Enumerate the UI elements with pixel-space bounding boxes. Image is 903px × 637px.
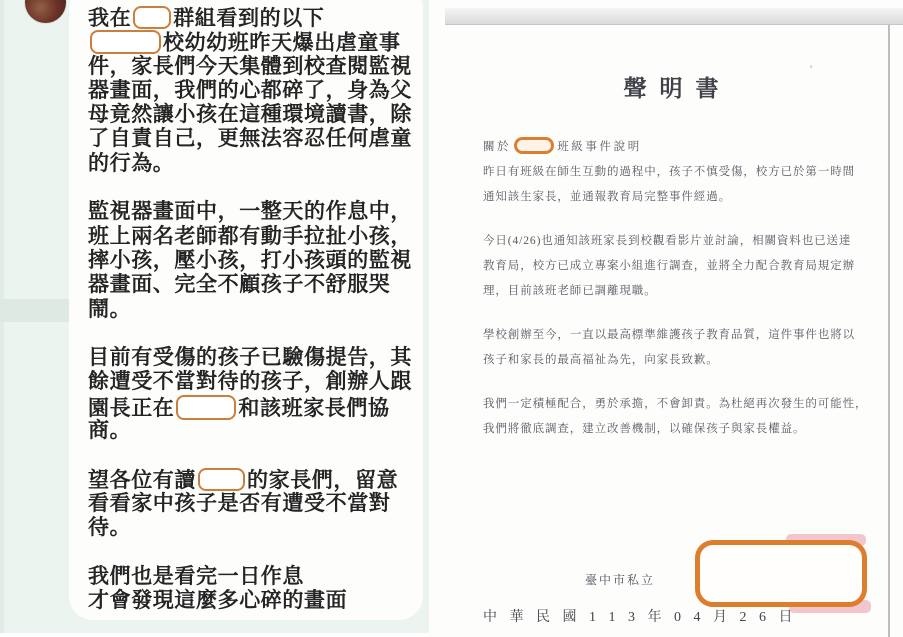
text-segment: 我們一定積極配合，勇於承擔，不會卸責。為杜絕再次發生的可能性， — [483, 398, 867, 410]
text-segment: 看看家中孩子是否有遭受不當對 — [88, 492, 390, 515]
text-segment: 群組看到的以下 — [173, 7, 324, 30]
text-segment: 監視器畫面中，一整天的作息中， — [88, 200, 412, 223]
document-date: 中 華 民 國 1 1 3 年 0 4 月 2 6 日 — [483, 606, 797, 626]
text-segment: 目前有受傷的孩子已驗傷提告，其 — [88, 346, 412, 369]
redaction-box — [133, 6, 171, 29]
text-line: 我在群組看到的以下 — [88, 6, 420, 30]
text-segment: 摔小孩，壓小孩，打小孩頭的監視 — [88, 249, 412, 272]
text-segment: 班級事件說明 — [557, 141, 642, 153]
text-line: 關於班級事件說明 — [483, 135, 883, 160]
text-segment: 才會發現這麼多心碎的畫面 — [88, 589, 347, 612]
text-line: 器畫面，我們的心都碎了，身為父 — [88, 79, 420, 103]
page-right-border — [888, 25, 890, 637]
text-line: 孩子和家長的最高福祉為先，向家長致歉。 — [483, 348, 883, 373]
text-line: 教育局，校方已成立專案小組進行調查，並將全力配合教育局規定辦 — [483, 254, 883, 279]
text-line: 我們也是看完一日作息 — [88, 565, 420, 589]
text-segment: 的家長們，留意 — [247, 469, 398, 492]
document-body: 關於班級事件說明昨日有班級在師生互動的過程中，孩子不慎受傷，校方已於第一時間通知… — [483, 135, 883, 461]
text-segment: 我們將徹底調查，建立改善機制，以確保孩子與家長權益。 — [483, 423, 805, 435]
text-line: 餘遭受不當對待的孩子，創辦人跟 — [88, 370, 420, 394]
text-line: 通知該生家長，並通報教育局完整事件經過。 — [483, 185, 883, 210]
text-line: 我們一定積極配合，勇於承擔，不會卸責。為杜絕再次發生的可能性， — [483, 392, 883, 417]
text-segment: 理，目前該班老師已調離現職。 — [483, 285, 657, 297]
text-line: 校幼幼班昨天爆出虐童事 — [88, 30, 420, 54]
chat-bubble: 我在群組看到的以下校幼幼班昨天爆出虐童事件，家長們今天集體到校查閱監視器畫面，我… — [69, 0, 423, 620]
text-segment: 了自責自己，更無法容忍任何虐童 — [88, 127, 412, 150]
text-segment: 鬧。 — [88, 298, 131, 321]
text-segment: 母竟然讓小孩在這種環境讀書，除 — [88, 103, 412, 126]
text-segment: 昨日有班級在師生互動的過程中，孩子不慎受傷，校方已於第一時間 — [483, 166, 855, 178]
redaction-box — [514, 137, 554, 154]
blank-line — [88, 322, 420, 346]
text-line: 園長正在和該班家長們協 — [88, 395, 420, 419]
text-segment: 我們也是看完一日作息 — [88, 565, 304, 588]
text-line: 望各位有讀的家長們，留意 — [88, 468, 420, 492]
text-segment: 的行為。 — [88, 152, 174, 175]
blank-line — [88, 541, 420, 565]
text-line: 的行為。 — [88, 152, 420, 176]
text-segment: 校幼幼班昨天爆出虐童事 — [163, 32, 401, 55]
text-line: 理，目前該班老師已調離現職。 — [483, 279, 883, 304]
chat-message-text: 我在群組看到的以下校幼幼班昨天爆出虐童事件，家長們今天集體到校查閱監視器畫面，我… — [88, 6, 420, 613]
blank-line — [88, 176, 420, 200]
text-line: 件，家長們今天集體到校查閱監視 — [88, 55, 420, 79]
text-segment: 關於 — [483, 141, 511, 153]
text-segment: 孩子和家長的最高福祉為先，向家長致歉。 — [483, 354, 719, 366]
text-segment: 望各位有讀 — [88, 469, 196, 492]
text-segment: 待。 — [88, 516, 131, 539]
page-top-bar — [445, 8, 903, 25]
text-segment: 園長正在 — [88, 397, 174, 420]
text-line: 了自責自己，更無法容忍任何虐童 — [88, 127, 420, 151]
document-paragraph: 學校創辦至今，一直以最高標準維護孩子教育品質，這件事件也將以孩子和家長的最高福祉… — [483, 323, 883, 373]
text-segment: 器畫面，我們的心都碎了，身為父 — [88, 79, 412, 102]
text-segment: 器畫面、完全不顧孩子不舒服哭 — [88, 273, 390, 296]
screenshot-root: 我在群組看到的以下校幼幼班昨天爆出虐童事件，家長們今天集體到校查閱監視器畫面，我… — [0, 0, 903, 637]
signature-prefix: 臺中市私立 — [585, 571, 655, 588]
text-segment: 教育局，校方已成立專案小組進行調查，並將全力配合教育局規定辦 — [483, 260, 855, 272]
blank-line — [88, 443, 420, 467]
text-line: 學校創辦至今，一直以最高標準維護孩子教育品質，這件事件也將以 — [483, 323, 883, 348]
document-paragraph: 關於班級事件說明昨日有班級在師生互動的過程中，孩子不慎受傷，校方已於第一時間通知… — [483, 135, 883, 210]
text-line: 昨日有班級在師生互動的過程中，孩子不慎受傷，校方已於第一時間 — [483, 160, 883, 185]
text-line: 才會發現這麼多心碎的畫面 — [88, 589, 420, 613]
text-segment: 商。 — [88, 419, 131, 442]
text-segment: 餘遭受不當對待的孩子，創辦人跟 — [88, 370, 412, 393]
text-line: 摔小孩，壓小孩，打小孩頭的監視 — [88, 249, 420, 273]
text-line: 待。 — [88, 516, 420, 540]
text-segment: 班上兩名老師都有動手拉扯小孩， — [88, 225, 412, 248]
stray-mark: ' — [810, 62, 812, 77]
text-line: 監視器畫面中，一整天的作息中， — [88, 200, 420, 224]
sender-avatar[interactable] — [25, 0, 66, 23]
statement-document-panel: 聲明書 ' 關於班級事件說明昨日有班級在師生互動的過程中，孩子不慎受傷，校方已於… — [429, 0, 903, 637]
text-line: 商。 — [88, 419, 420, 443]
redaction-box — [90, 30, 161, 54]
text-line: 我們將徹底調查，建立改善機制，以確保孩子與家長權益。 — [483, 417, 883, 442]
text-segment: 學校創辦至今，一直以最高標準維護孩子教育品質，這件事件也將以 — [483, 329, 855, 341]
document-title: 聲明書 — [483, 70, 859, 103]
text-segment: 和該班家長們協 — [238, 397, 389, 420]
text-line: 器畫面、完全不顧孩子不舒服哭 — [88, 273, 420, 297]
redaction-box — [176, 395, 236, 420]
document-paragraph: 今日(4/26)也通知該班家長到校觀看影片並討論，相關資料也已送達教育局，校方已… — [483, 229, 883, 304]
text-segment: 今日(4/26)也通知該班家長到校觀看影片並討論，相關資料也已送達 — [483, 235, 851, 247]
text-line: 鬧。 — [88, 298, 420, 322]
text-line: 班上兩名老師都有動手拉扯小孩， — [88, 225, 420, 249]
text-segment: 我在 — [88, 7, 131, 30]
text-line: 今日(4/26)也通知該班家長到校觀看影片並討論，相關資料也已送達 — [483, 229, 883, 254]
text-line: 看看家中孩子是否有遭受不當對 — [88, 492, 420, 516]
redaction-box — [198, 468, 245, 491]
text-segment: 件，家長們今天集體到校查閱監視 — [88, 55, 412, 78]
document-paragraph: 我們一定積極配合，勇於承擔，不會卸責。為杜絕再次發生的可能性，我們將徹底調查，建… — [483, 392, 883, 442]
text-line: 母竟然讓小孩在這種環境讀書，除 — [88, 103, 420, 127]
chat-background-band — [0, 299, 70, 322]
signature-redaction-box — [695, 540, 867, 607]
text-line: 目前有受傷的孩子已驗傷提告，其 — [88, 346, 420, 370]
text-segment: 通知該生家長，並通報教育局完整事件經過。 — [483, 191, 731, 203]
chat-screenshot-panel: 我在群組看到的以下校幼幼班昨天爆出虐童事件，家長們今天集體到校查閱監視器畫面，我… — [0, 0, 429, 633]
